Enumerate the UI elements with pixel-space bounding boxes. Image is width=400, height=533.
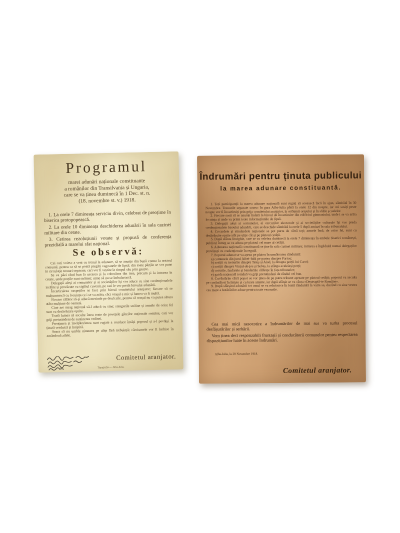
closing-paragraphs: Cea mai mică nesocotire a îndrumărilor d…: [206, 320, 357, 348]
indrumari-subtitle: la marea adunare constituantă.: [197, 184, 364, 192]
observa-body: Cei cari voiesc a veni cu trenul la adun…: [45, 259, 174, 357]
printer-imprint: Tipografia — Alba-Iulia.: [58, 365, 163, 372]
program-items: 1. La orele 7 dimineața serviciu divin, …: [44, 210, 172, 249]
programul-title: Programul: [34, 158, 179, 178]
observa-paragraph: Seara să nu umble nimenea pe ulițe fără …: [47, 327, 174, 338]
closing-paragraph: Vom ținea deci responzabili fruntașii și…: [207, 332, 358, 344]
observa-heading: Se observă:: [36, 245, 181, 259]
instructions-body: 1. Toți participanții la marea adunare n…: [205, 201, 357, 318]
scan-background: Programul marei adunări naționale consti…: [0, 0, 400, 533]
document-programul: Programul marei adunări naționale consti…: [34, 151, 184, 372]
right-committee-label: Comitetul aranjator.: [283, 365, 352, 375]
left-committee-label: Comitetul aranjator.: [116, 353, 176, 361]
dateline-text: Alba-Iulia, la 28 Novembre 1918.: [215, 352, 315, 356]
closing-paragraph: Cea mai mică nesocotire a îndrumărilor d…: [206, 320, 357, 332]
indrumari-title: Îndrumări pentru ținuta publicului: [197, 170, 364, 182]
instruction-paragraph: 9. După sfârșitul adunării tot omul se v…: [206, 284, 357, 293]
programul-subtitle: marei adunări naționale constituantea ro…: [42, 178, 172, 211]
dateline: Alba-Iulia, la 28 Novembre 1918.: [215, 352, 315, 358]
document-indrumari: Îndrumări pentru ținuta publicului la ma…: [197, 154, 366, 383]
